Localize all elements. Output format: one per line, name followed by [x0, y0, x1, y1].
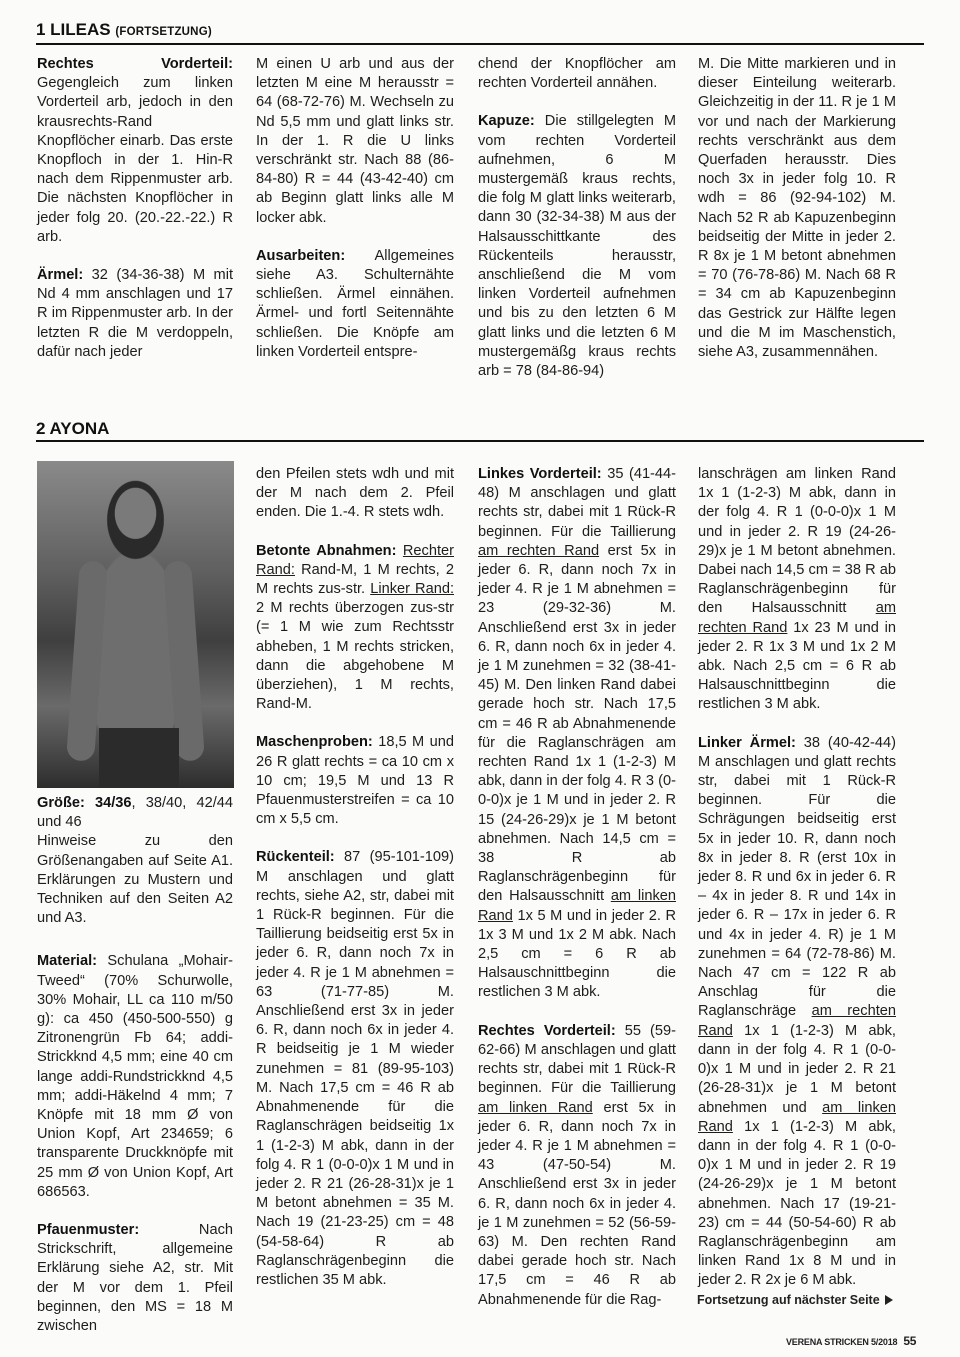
model-photo: [37, 461, 234, 788]
paragraph-groesse: Größe: 34/36, 38/40, 42/44 und 46: [37, 794, 233, 832]
paragraph-aermel: Ärmel: 32 (34-36-38) M mit Nd 4 mm ansch…: [37, 266, 233, 362]
paragraph-text: Gegengleich zum linken Vorderteil arb, j…: [37, 75, 233, 245]
continued-label: Fortsetzung auf nächster Seite: [697, 1293, 880, 1307]
paragraph-betonte-abnahmen: Betonte Abnahmen: Rechter Rand: Rand-M, …: [256, 542, 454, 715]
paragraph-heading: Betonte Abnahmen:: [256, 543, 396, 559]
paragraph-maschenproben: Maschenproben: 18,5 M und 26 R glatt rec…: [256, 733, 454, 829]
publication-name: VERENA STRICKEN 5/2018: [786, 1337, 897, 1347]
paragraph-heading: Rechtes Vorderteil:: [478, 1023, 616, 1039]
section-1-column-4: M. Die Mitte markieren und in dieser Ein…: [698, 55, 896, 362]
paragraph-text: M einen U arb und aus der letzten M eine…: [256, 56, 454, 226]
paragraph-text: 38 (40-42-44) M anschlagen und glatt rec…: [698, 735, 896, 1020]
section-1-title: 1 LILEAS: [36, 20, 111, 39]
paragraph-continued: lanschrägen am linken Rand 1x 1 (1-2-3) …: [698, 465, 896, 715]
paragraph-text: Schulana „Mohair-Tweed“ (70% Schurwolle,…: [37, 953, 233, 1199]
section-1-column-2: M einen U arb und aus der letzten M eine…: [256, 55, 454, 362]
section-2-column-2: den Pfeilen stets wdh und mit der M nach…: [256, 465, 454, 1290]
paragraph-continued: den Pfeilen stets wdh und mit der M nach…: [256, 465, 454, 523]
paragraph-linkes-vorderteil: Linkes Vorderteil: 35 (41-44-48) M ansch…: [478, 465, 676, 1003]
paragraph-text: M. Die Mitte markieren und in dieser Ein…: [698, 56, 896, 360]
paragraph-text: erst 5x in jeder 6. R, dann noch 7x in j…: [478, 543, 676, 905]
section-2-column-3: Linkes Vorderteil: 35 (41-44-48) M ansch…: [478, 465, 676, 1310]
size-highlight: 34/36: [85, 795, 132, 811]
section-2-column-1: Größe: 34/36, 38/40, 42/44 und 46 Hinwei…: [37, 794, 233, 1336]
paragraph-material: Material: Schulana „Mohair-Tweed“ (70% S…: [37, 952, 233, 1202]
paragraph-heading: Ausarbeiten:: [256, 248, 345, 264]
paragraph-heading: Kapuze:: [478, 113, 535, 129]
paragraph-rechtes-vorderteil: Rechtes Vorderteil: 55 (59-62-66) M ansc…: [478, 1022, 676, 1310]
paragraph-heading: Größe:: [37, 795, 85, 811]
paragraph-text: Die stillgelegten M vom rechten Vorderte…: [478, 113, 676, 379]
paragraph-heading: Ärmel:: [37, 267, 83, 283]
paragraph-continued: chend der Knopflöcher am rechten Vordert…: [478, 55, 676, 93]
underlined-term: am linken Rand: [478, 1100, 593, 1116]
paragraph-size-note: Hinweise zu den Größenangaben auf Seite …: [37, 832, 233, 928]
paragraph-heading: Rechtes Vorderteil:: [37, 56, 233, 72]
section-2-title: 2 AYONA: [36, 419, 109, 438]
paragraph-text: Allgemeines siehe A3. Schulternähte schl…: [256, 248, 454, 360]
paragraph-pfauenmuster: Pfauenmuster: Nach Strickschrift, allgem…: [37, 1221, 233, 1336]
paragraph-heading: Material:: [37, 953, 97, 969]
page-folio: VERENA STRICKEN 5/201855: [786, 1334, 916, 1348]
paragraph-text: 87 (95-101-109) M anschlagen und glatt r…: [256, 849, 454, 1287]
paragraph-kapuze: Kapuze: Die stillgelegten M vom rechten …: [478, 112, 676, 381]
paragraph-text: lanschrägen am linken Rand 1x 1 (1-2-3) …: [698, 466, 896, 616]
paragraph-text: chend der Knopflöcher am rechten Vordert…: [478, 56, 676, 91]
paragraph-heading: Pfauenmuster:: [37, 1222, 139, 1238]
section-1-column-1: Rechtes Vorderteil: Gegengleich zum link…: [37, 55, 233, 362]
section-1-column-3: chend der Knopflöcher am rechten Vordert…: [478, 55, 676, 381]
paragraph-ausarbeiten: Ausarbeiten: Allgemeines siehe A3. Schul…: [256, 247, 454, 362]
paragraph-text: 2 M rechts überzogen zus-str (= 1 M wie …: [256, 600, 454, 712]
section-1-subtitle: (FORTSETZUNG): [115, 26, 212, 38]
paragraph-text: erst 5x in jeder 6. R, dann noch 7x in j…: [478, 1100, 676, 1308]
arrow-right-icon: [885, 1295, 893, 1305]
paragraph-rechtes-vorderteil: Rechtes Vorderteil: Gegengleich zum link…: [37, 55, 233, 247]
paragraph-heading: Rückenteil:: [256, 849, 335, 865]
underlined-term: am rechten Rand: [478, 543, 599, 559]
paragraph-text: den Pfeilen stets wdh und mit der M nach…: [256, 466, 454, 520]
paragraph-continued: M einen U arb und aus der letzten M eine…: [256, 55, 454, 228]
paragraph-heading: Maschenproben:: [256, 734, 373, 750]
continued-next-page-link[interactable]: Fortsetzung auf nächster Seite: [697, 1293, 893, 1307]
paragraph-text: Nach Strickschrift, allgemeine Erklärung…: [37, 1222, 233, 1334]
paragraph-heading: Linker Ärmel:: [698, 735, 796, 751]
section-2-column-4: lanschrägen am linken Rand 1x 1 (1-2-3) …: [698, 465, 896, 1291]
paragraph-continued: M. Die Mitte markieren und in dieser Ein…: [698, 55, 896, 362]
paragraph-heading: Linkes Vorderteil:: [478, 466, 602, 482]
paragraph-text: 1x 1 (1-2-3) M abk, dann in der folg 4. …: [698, 1119, 896, 1289]
underlined-term: Linker Rand:: [370, 581, 454, 597]
paragraph-rueckenteil: Rückenteil: 87 (95-101-109) M anschlagen…: [256, 848, 454, 1290]
paragraph-text: Hinweise zu den Größenangaben auf Seite …: [37, 833, 233, 926]
section-2-header: 2 AYONA: [36, 419, 924, 442]
page-number: 55: [903, 1334, 916, 1348]
section-1-header: 1 LILEAS (FORTSETZUNG): [36, 20, 924, 45]
paragraph-linker-aermel: Linker Ärmel: 38 (40-42-44) M anschlagen…: [698, 734, 896, 1291]
photo-skirt: [99, 728, 179, 788]
